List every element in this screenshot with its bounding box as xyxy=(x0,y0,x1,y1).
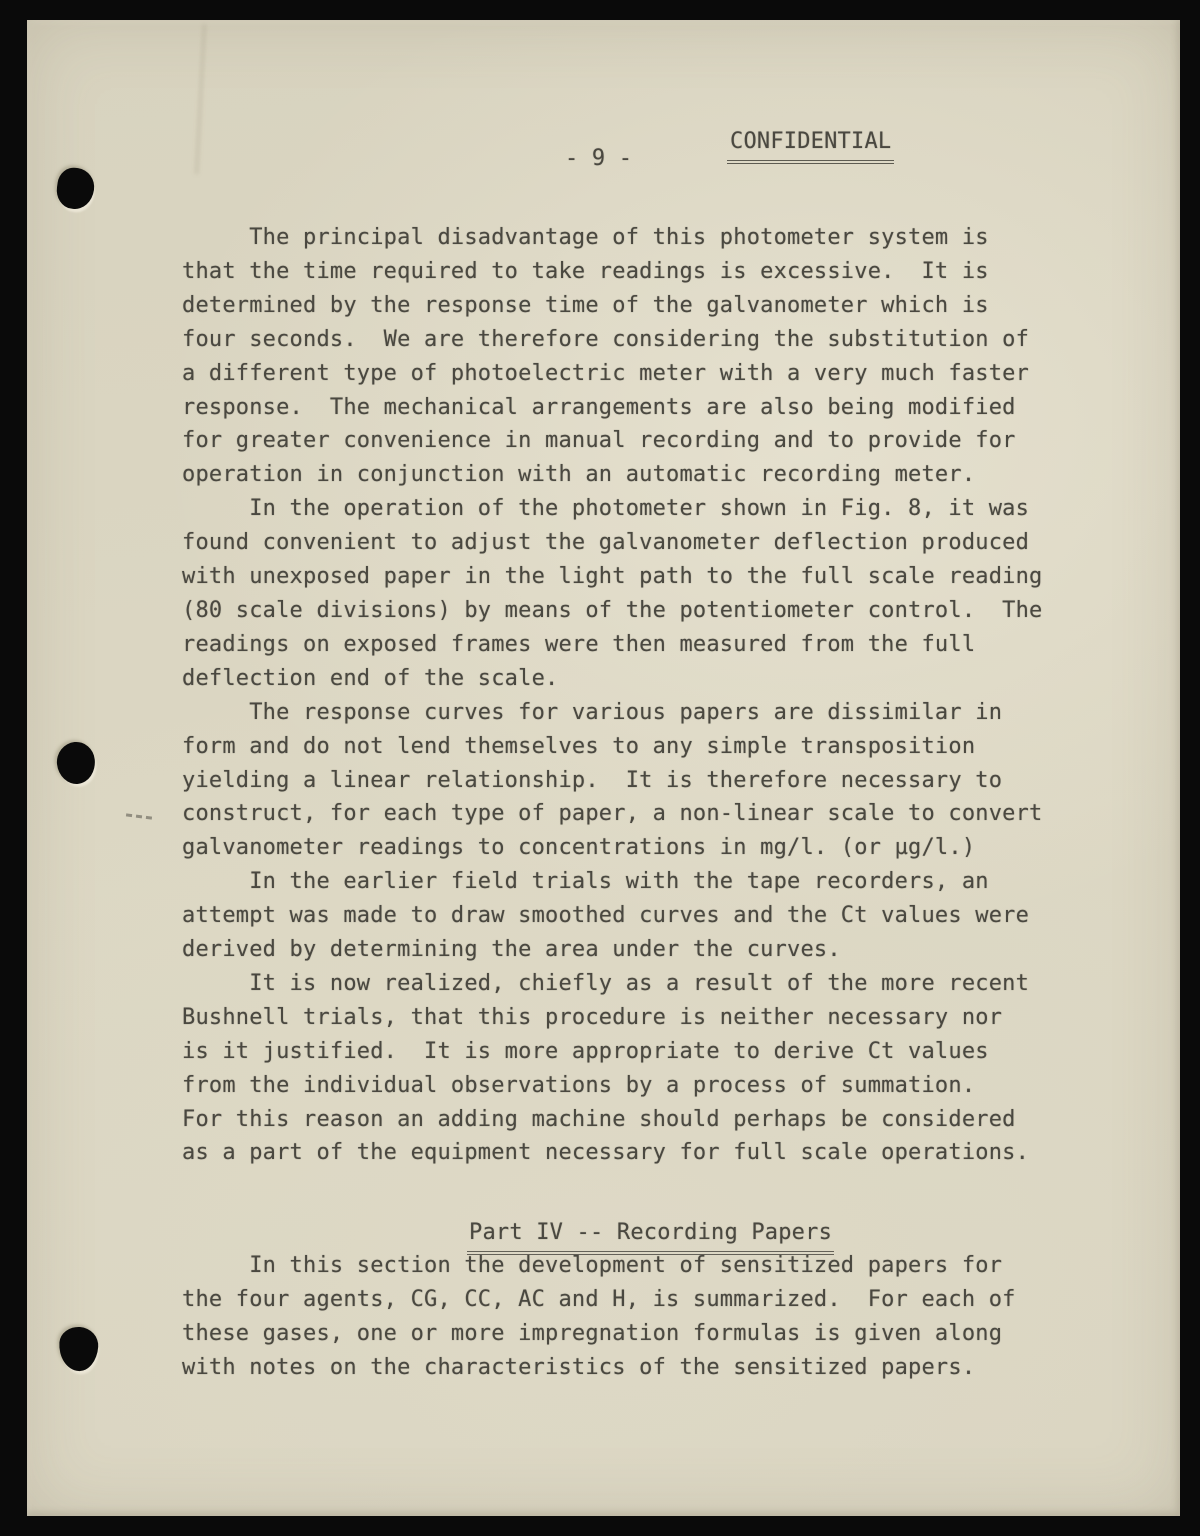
pencil-mark xyxy=(126,813,152,819)
punch-hole-middle xyxy=(55,740,97,786)
closing-paragraph: In this section the development of sensi… xyxy=(182,1249,1016,1385)
page-number: - 9 - xyxy=(565,142,632,176)
classification-label: CONFIDENTIAL xyxy=(727,125,894,164)
punch-hole-top xyxy=(54,166,96,212)
paper-sheet: - 9 - CONFIDENTIAL The principal disadva… xyxy=(27,20,1180,1516)
punch-hole-bottom xyxy=(58,1326,100,1373)
body-text: The principal disadvantage of this photo… xyxy=(182,221,1043,1170)
paper-crease xyxy=(195,24,206,174)
scanned-document-background: { "page": { "number_label": "- 9 -", "cl… xyxy=(0,0,1200,1536)
classification-stamp: CONFIDENTIAL xyxy=(727,125,894,164)
